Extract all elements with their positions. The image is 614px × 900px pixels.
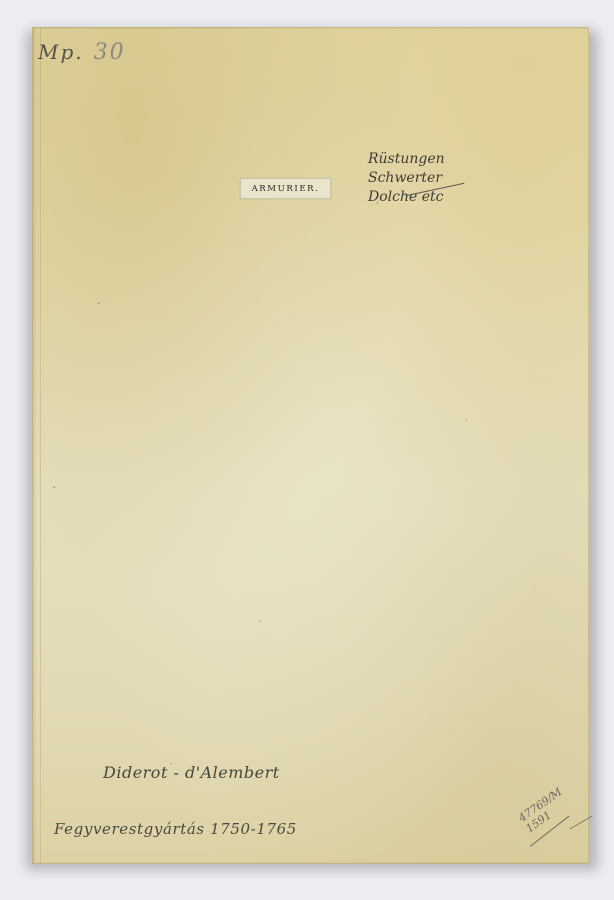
folder-cover <box>32 27 589 864</box>
shelf-mark-prefix: Mp. <box>38 40 84 64</box>
printed-label: ARMURIER. <box>240 178 331 199</box>
marginal-note: Schwerter <box>368 169 445 188</box>
marginal-notes: Rüstungen Schwerter Dolche etc <box>368 150 445 207</box>
marginal-note: Rüstungen <box>368 150 445 169</box>
spine-edge <box>40 27 41 864</box>
title-note: Fegyverestgyártás 1750-1765 <box>54 820 297 838</box>
author-note: Diderot - d'Alembert <box>103 763 280 782</box>
shelf-mark-number: 30 <box>94 40 126 65</box>
printed-label-text: ARMURIER. <box>252 184 320 194</box>
marginal-note: Dolche etc <box>368 188 445 207</box>
shelf-mark: Mp.30 <box>38 40 126 65</box>
